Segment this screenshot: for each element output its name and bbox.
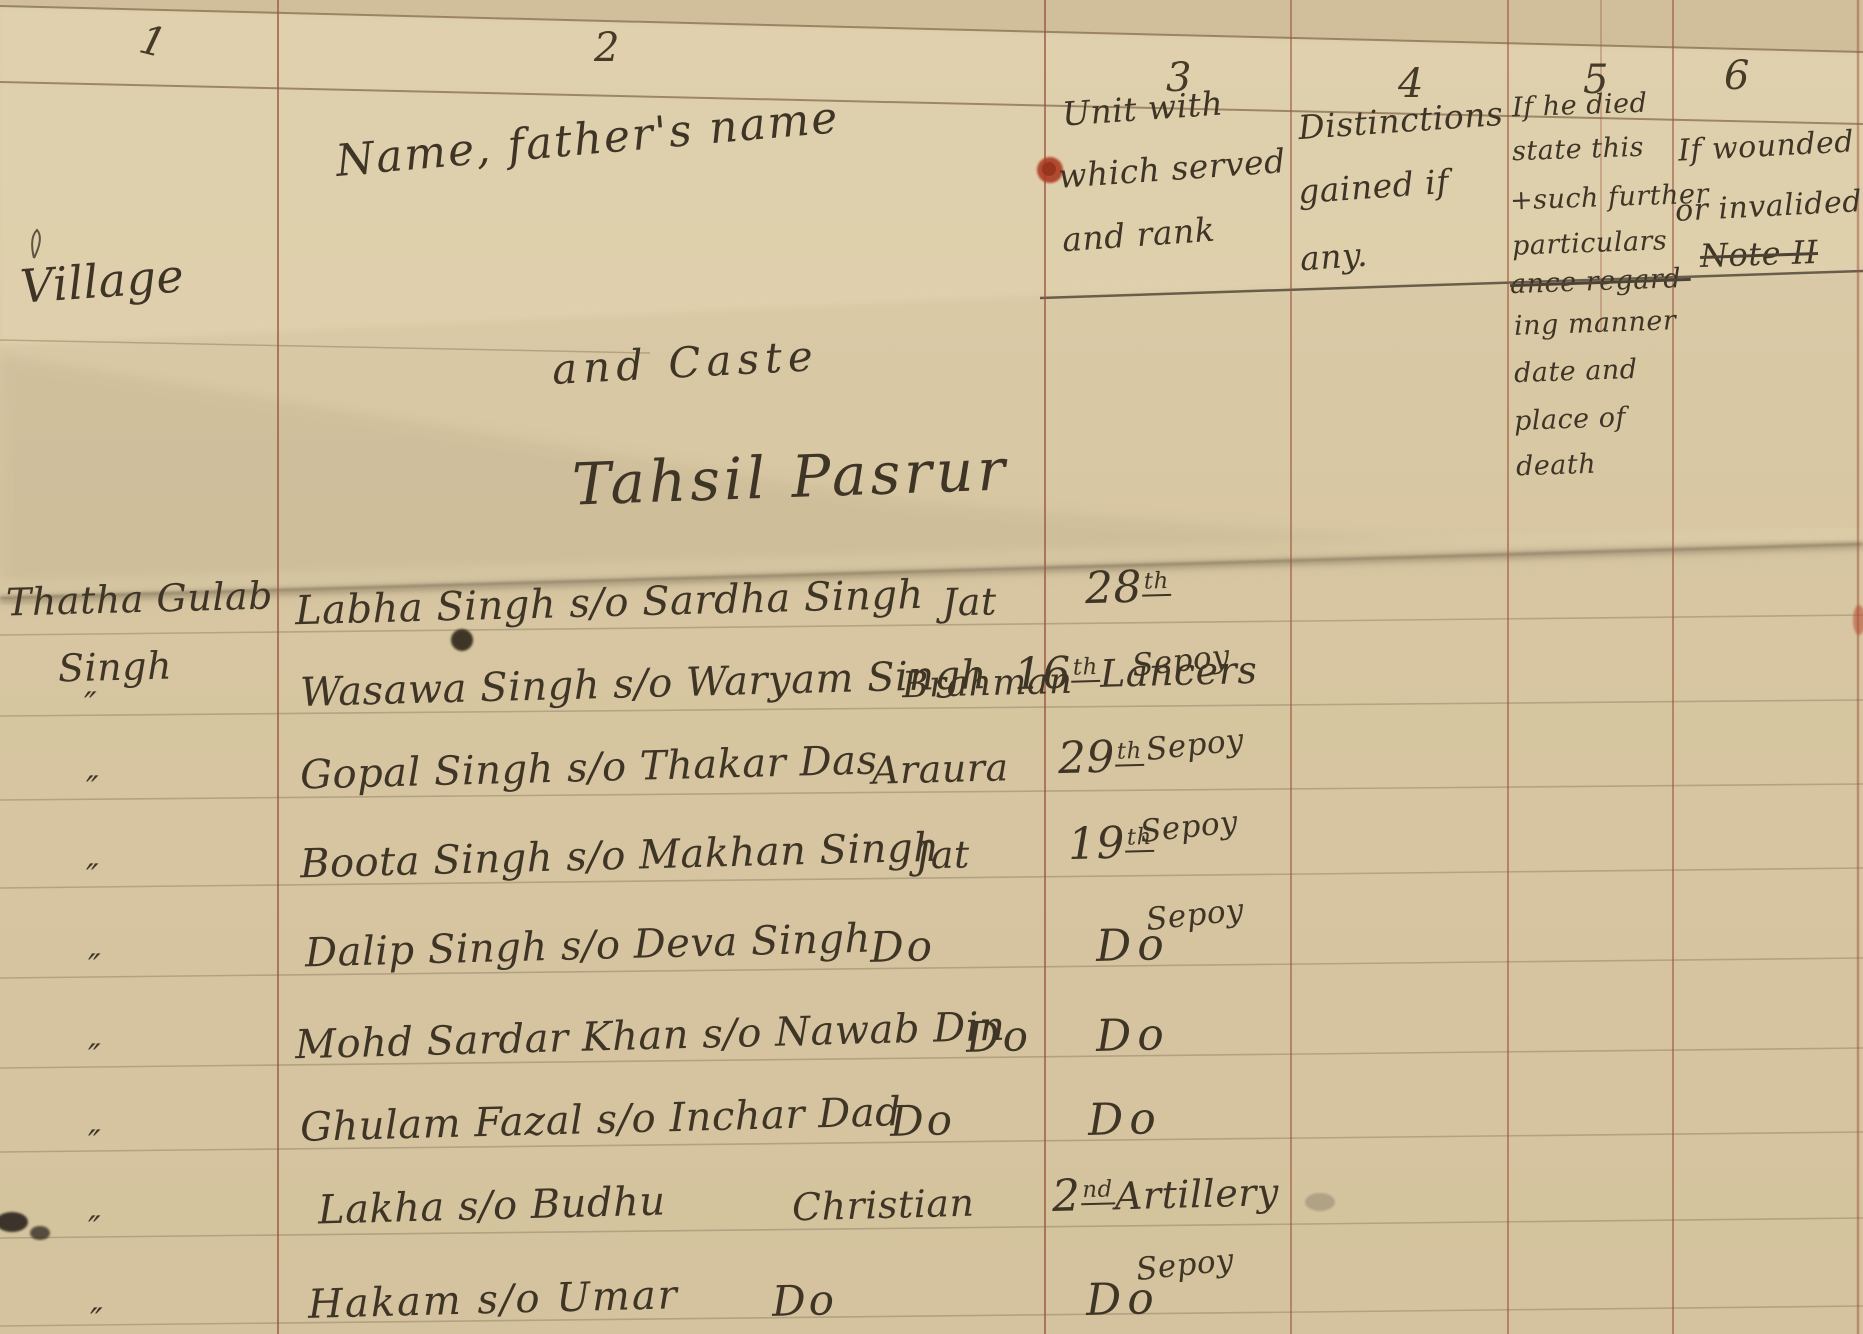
row-village-ditto: ″ — [88, 950, 101, 984]
unit-ordinal: th — [1125, 826, 1155, 853]
row-village-ditto: ″ — [88, 1212, 101, 1246]
header-distinctions-line2: gained if — [1297, 165, 1450, 208]
unit-rest: Artillery — [1114, 1170, 1279, 1218]
header-died-line4: particulars — [1512, 227, 1668, 259]
row-caste: Jat — [915, 835, 971, 874]
header-wounded-line1: If wounded — [1677, 127, 1854, 166]
row-village-ditto: ″ — [86, 772, 99, 806]
header-died-line5-struck: ance regard- — [1510, 265, 1692, 298]
header-village: Village — [19, 252, 186, 309]
gray-smudge — [1305, 1193, 1335, 1211]
unit-number: 29 — [1057, 732, 1115, 784]
unit-number: Do — [1095, 1009, 1170, 1062]
column-number-4: 4 — [1398, 64, 1424, 104]
header-unit-line3: and rank — [1061, 213, 1216, 257]
row-unit: 29th — [1057, 735, 1144, 781]
row-village-ditto: ″ — [84, 688, 97, 722]
header-died-line1: If he died — [1512, 90, 1648, 122]
unit-ordinal: th — [1071, 656, 1101, 683]
red-dot-center — [1042, 162, 1056, 176]
unit-number: 2 — [1051, 1170, 1081, 1222]
row-unit: 2ndArtillery — [1051, 1169, 1279, 1219]
header-distinctions-line3: any. — [1299, 238, 1369, 276]
header-wounded-note: Note II — [1699, 236, 1818, 272]
row-unit: Do — [1087, 1097, 1162, 1143]
unit-number: 28 — [1084, 562, 1142, 614]
unit-ordinal: nd — [1080, 1179, 1115, 1206]
header-died-line7: date and — [1514, 356, 1638, 387]
row-caste: Araura — [872, 748, 1010, 790]
row-village-ditto: ″ — [88, 1040, 101, 1074]
ink-blot — [451, 629, 473, 651]
row-unit: 19th — [1067, 821, 1154, 867]
row-unit: 28th — [1084, 565, 1171, 611]
column-number-6: 6 — [1724, 56, 1750, 96]
row-name: Lakha s/o Budhu — [318, 1181, 666, 1230]
row-caste: Do — [889, 1099, 955, 1143]
row-caste: Do — [965, 1015, 1031, 1059]
unit-number: Do — [1085, 1273, 1160, 1326]
row-village-ditto: ″ — [90, 1304, 103, 1334]
unit-number: Do — [1087, 1093, 1162, 1146]
row-unit: Do — [1095, 1013, 1170, 1059]
register-page: 1 2 3 4 5 6 Village Name, father's name … — [0, 0, 1863, 1334]
header-died-line8: place of — [1514, 404, 1627, 435]
row-village-ditto: ″ — [88, 1126, 101, 1160]
header-died-line2: state this — [1512, 134, 1645, 166]
column-number-2: 2 — [594, 28, 620, 68]
row-unit: Do — [1085, 1277, 1160, 1323]
unit-rest: Lancers — [1099, 648, 1257, 696]
row-caste: Christian — [792, 1184, 975, 1227]
unit-number: 19 — [1067, 818, 1125, 870]
row-village: Thatha Gulab — [6, 577, 274, 622]
header-died-line6: ing manner — [1514, 307, 1677, 340]
unit-ordinal: th — [1142, 570, 1172, 597]
row-caste: Do — [869, 925, 935, 969]
row-unit: Do — [1095, 923, 1170, 969]
unit-ordinal: th — [1115, 740, 1145, 767]
section-title: Tahsil Pasrur — [571, 440, 1010, 513]
ink-smudge-left-2 — [30, 1226, 50, 1240]
row-unit: 16thLancers — [1013, 647, 1257, 697]
row-caste: Jat — [942, 582, 998, 621]
header-died-line9: death — [1516, 451, 1597, 481]
row-village-cont: Singh — [58, 647, 173, 688]
unit-number: Do — [1095, 919, 1170, 972]
header-unit-line1: Unit with — [1061, 86, 1224, 130]
row-village-ditto: ″ — [86, 860, 99, 894]
row-name: Hakam s/o Umar — [308, 1275, 680, 1325]
row-caste: Do — [771, 1279, 837, 1323]
unit-number: 16 — [1013, 648, 1071, 700]
